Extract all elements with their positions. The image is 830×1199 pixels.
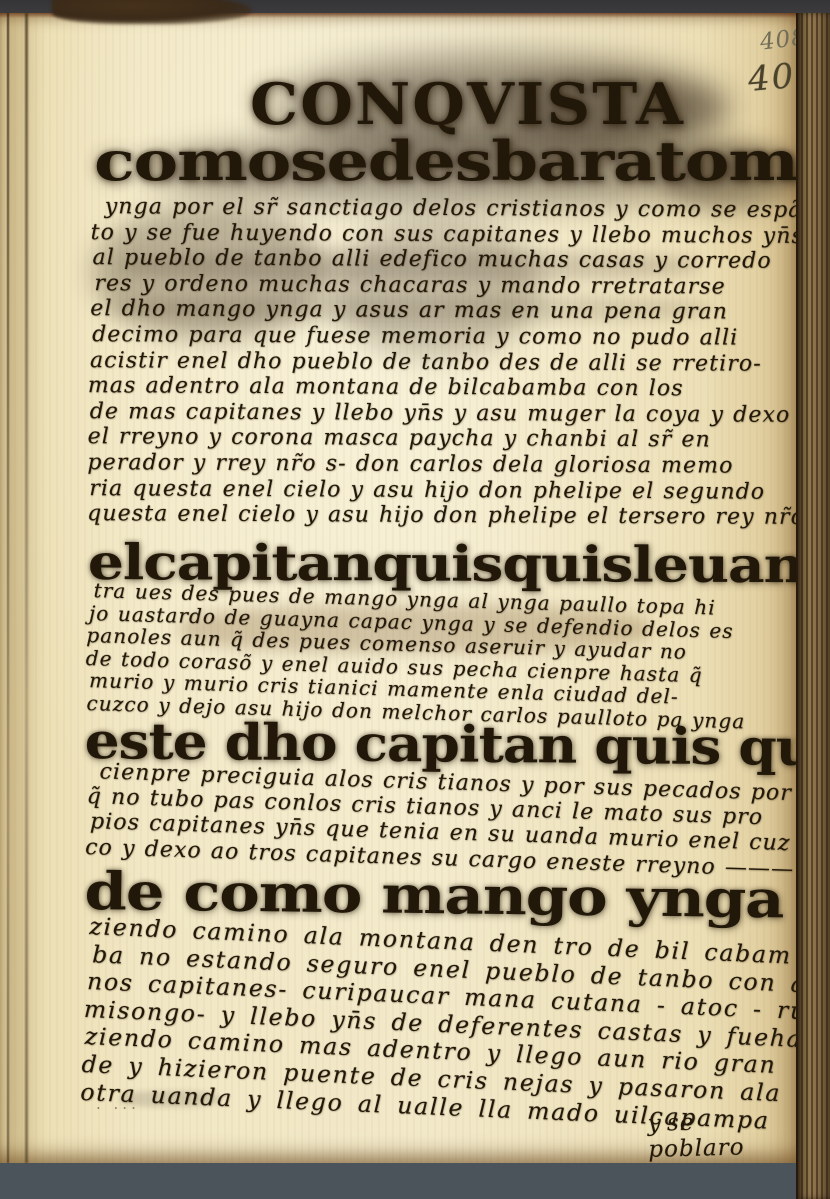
manuscript-line: ynga por el sr̃ sanctiago delos cristian… xyxy=(105,194,801,223)
catchword: y se poblaro xyxy=(647,1107,796,1163)
manuscript-line: ria questa enel cielo y asu hijo don phe… xyxy=(89,476,799,505)
manuscript-photo: 408 406 CONQVISTA comosedesbaratomango y… xyxy=(0,0,830,1199)
manuscript-line: questa enel cielo y asu hijo don phelipe… xyxy=(87,501,799,530)
section-heading: comosedesbaratomango xyxy=(94,129,830,193)
paragraph: ziendo camino ala montana den tro de bil… xyxy=(80,913,799,1136)
manuscript-line: al pueblo de tanbo alli edefico muchas c… xyxy=(92,245,800,274)
manuscript-line: perador y rrey nr̃o s- don carlos dela g… xyxy=(87,450,799,479)
binding-remnant xyxy=(52,0,252,24)
manuscript-line: decimo para que fuese memoria y como no … xyxy=(92,322,800,351)
page-edge-line xyxy=(7,13,9,1163)
manuscript-line: mas adentro ala montana de bilcabamba co… xyxy=(88,373,800,402)
gutter-fold-line xyxy=(25,13,28,1163)
running-title: CONQVISTA xyxy=(250,71,685,138)
manuscript-page: 408 406 CONQVISTA comosedesbaratomango y… xyxy=(0,13,796,1163)
book-fore-edge xyxy=(796,13,830,1199)
manuscript-line: to y se fue huyendo con sus capitanes y … xyxy=(91,220,801,249)
paragraph: ynga por el sr̃ sanctiago delos cristian… xyxy=(87,194,801,530)
manuscript-line: acistir enel dho pueblo de tanbo des de … xyxy=(90,348,800,377)
manuscript-line: el dho mango ynga y asus ar mas en una p… xyxy=(90,297,800,326)
manuscript-line: el rreyno y corona masca paycha y chanbi… xyxy=(88,424,800,453)
pencil-marks: · ··· xyxy=(96,1099,140,1117)
gutter-shadow xyxy=(9,13,47,1163)
